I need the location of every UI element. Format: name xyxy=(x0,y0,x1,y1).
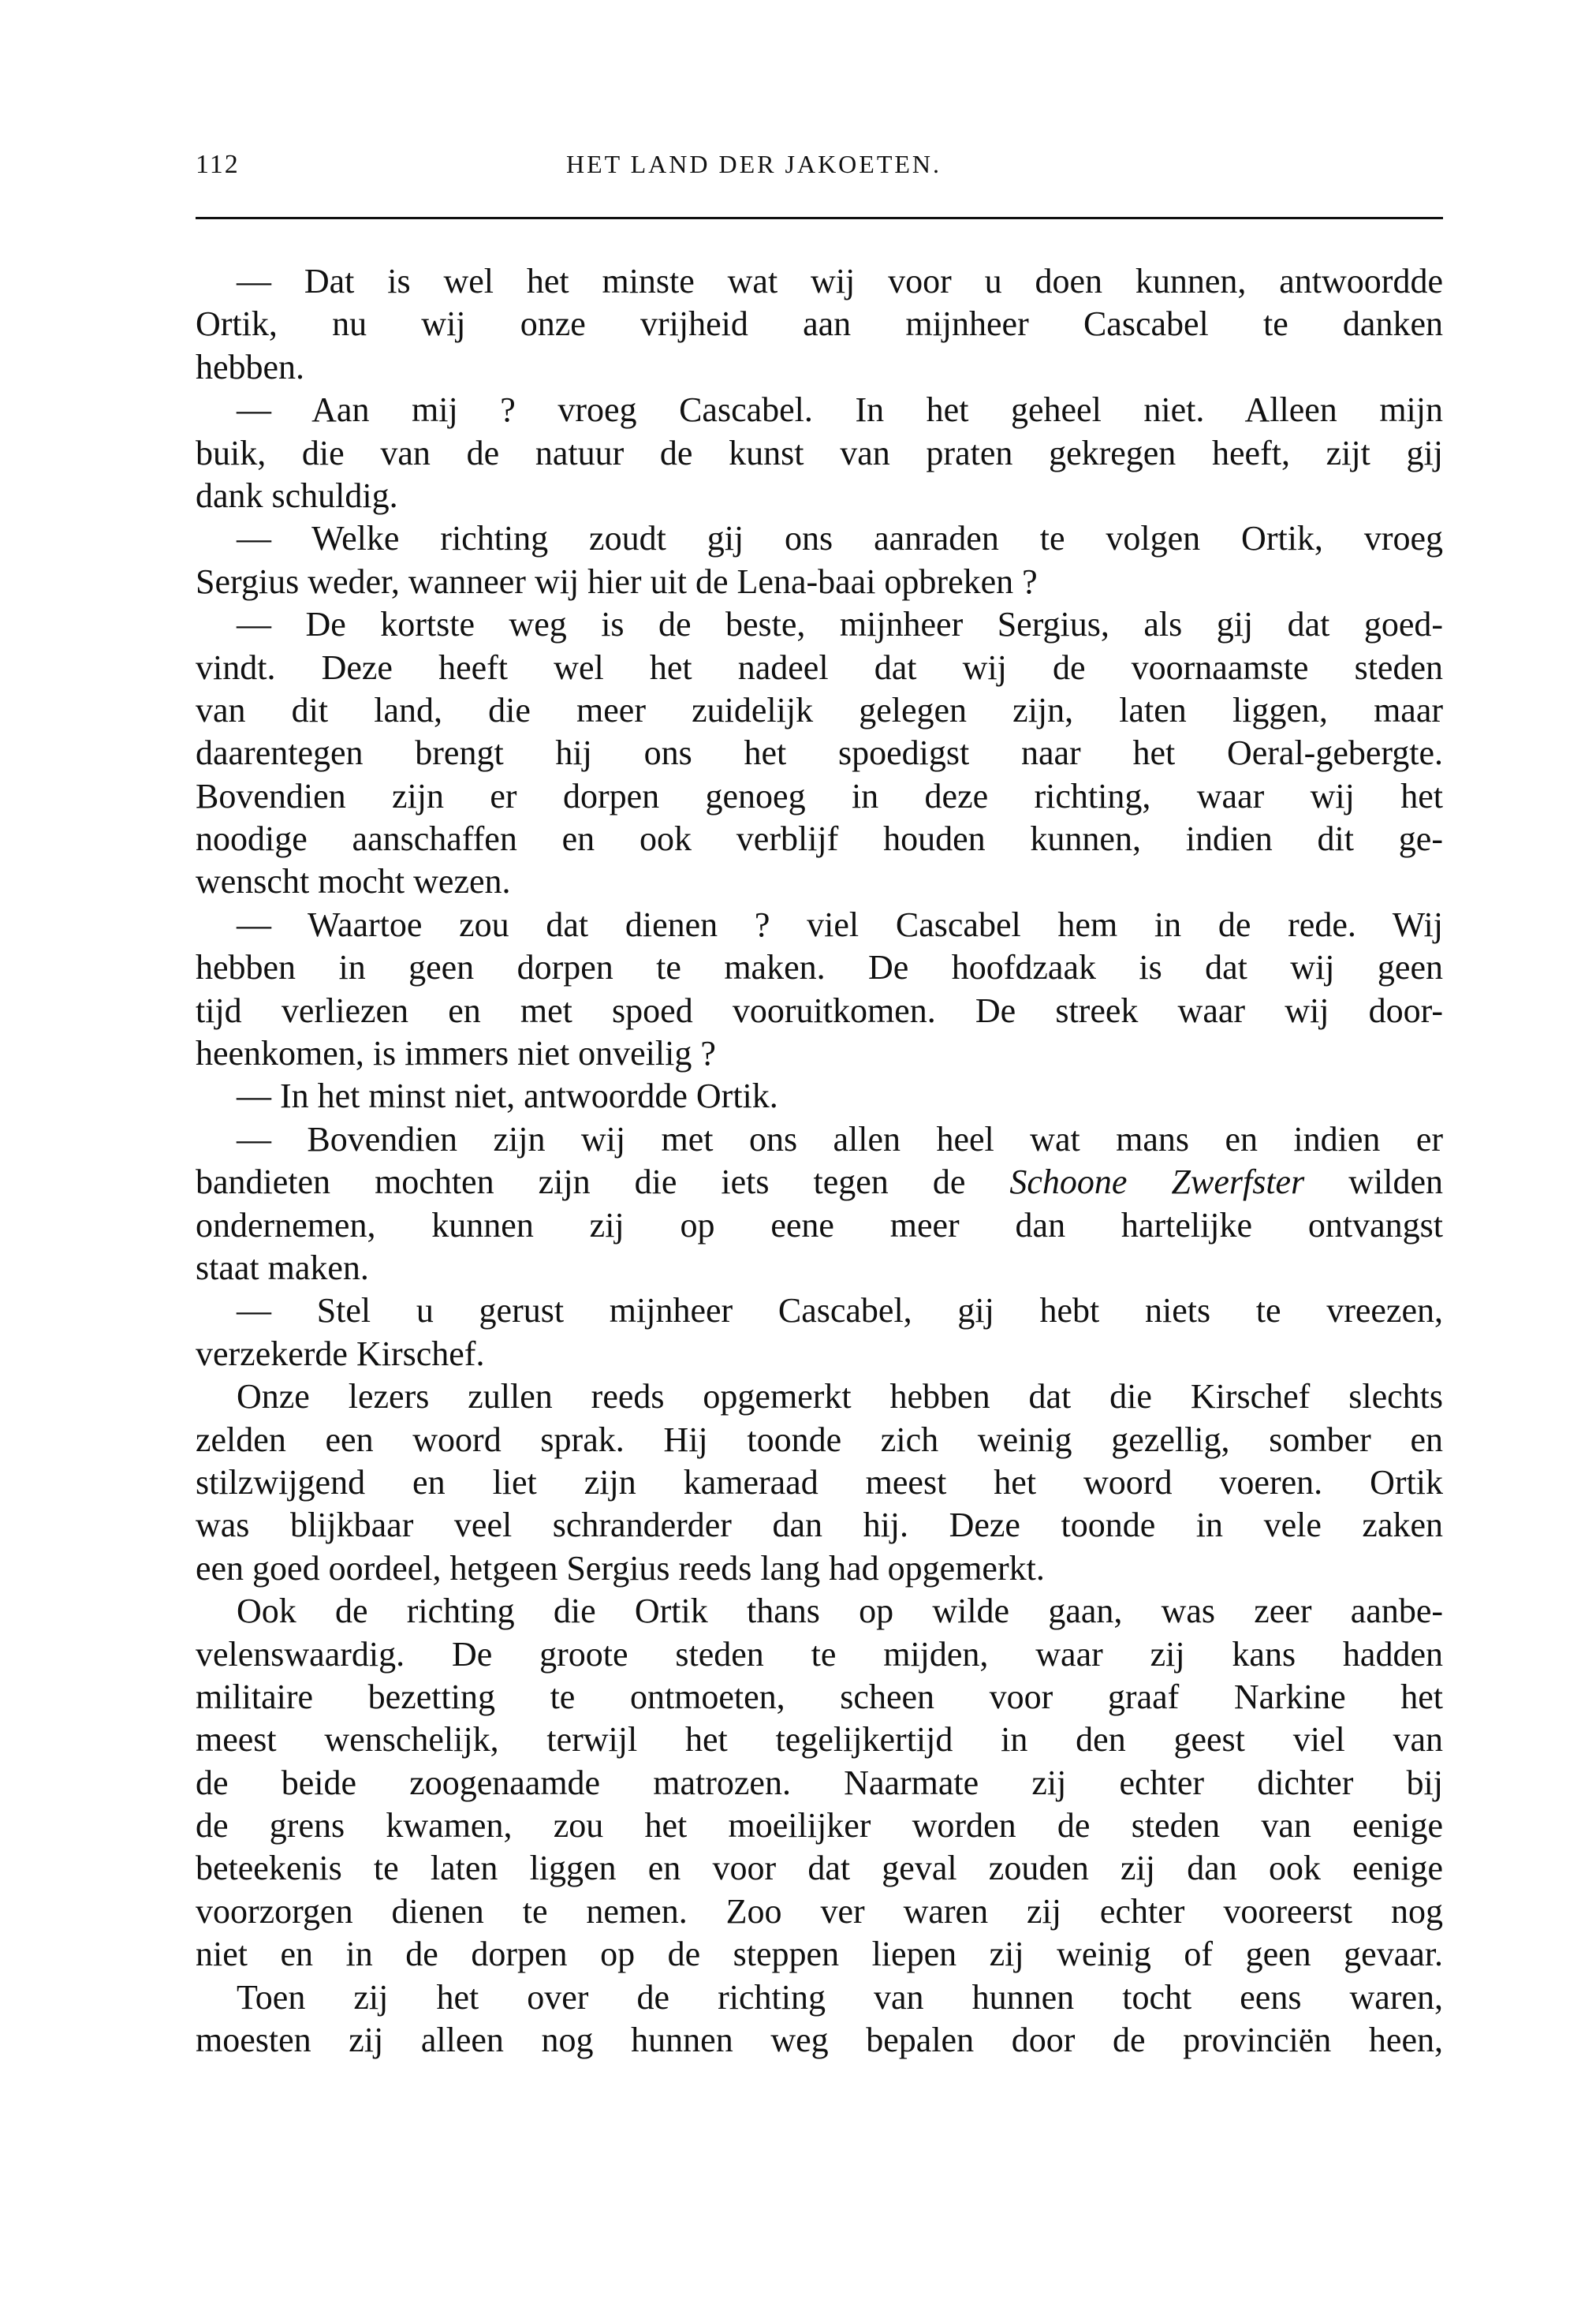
text-fragment: wilden xyxy=(1304,1163,1443,1201)
text-line: — Dat is wel het minste wat wij voor u d… xyxy=(196,260,1443,303)
page-number: 112 xyxy=(196,150,240,180)
text-line: staat maken. xyxy=(196,1247,1443,1289)
running-title: HET LAND DER JAKOETEN. xyxy=(566,150,942,179)
text-line: Ortik, nu wij onze vrijheid aan mijnheer… xyxy=(196,303,1443,345)
text-line: stilzwijgend en liet zijn kameraad meest… xyxy=(196,1461,1443,1504)
text-line: — Welke richting zoudt gij ons aanraden … xyxy=(196,517,1443,560)
text-line: buik, die van de natuur de kunst van pra… xyxy=(196,432,1443,475)
text-line: de beide zoogenaamde matrozen. Naarmate … xyxy=(196,1762,1443,1804)
text-line: verzekerde Kirschef. xyxy=(196,1333,1443,1375)
text-line: heenkomen, is immers niet onveilig ? xyxy=(196,1032,1443,1075)
text-line: Ook de richting die Ortik thans op wilde… xyxy=(196,1590,1443,1633)
text-line: hebben in geen dorpen te maken. De hoofd… xyxy=(196,946,1443,989)
text-line: Bovendien zijn er dorpen genoeg in deze … xyxy=(196,775,1443,818)
text-line: — De kortste weg is de beste, mijnheer S… xyxy=(196,603,1443,646)
text-line: Toen zij het over de richting van hunnen… xyxy=(196,1976,1443,2019)
header-rule xyxy=(196,217,1443,219)
text-line: meest wenschelijk, terwijl het tegelijke… xyxy=(196,1719,1443,1761)
text-line: was blijkbaar veel schranderder dan hij.… xyxy=(196,1504,1443,1547)
text-line: — Aan mij ? vroeg Cascabel. In het gehee… xyxy=(196,389,1443,431)
body-text: — Dat is wel het minste wat wij voor u d… xyxy=(196,260,1443,2062)
text-line: moesten zij alleen nog hunnen weg bepale… xyxy=(196,2019,1443,2062)
text-line: de grens kwamen, zou het moeilijker word… xyxy=(196,1804,1443,1847)
text-fragment: bandieten mochten zijn die iets tegen de xyxy=(196,1163,1009,1201)
text-line: noodige aanschaffen en ook verblijf houd… xyxy=(196,818,1443,860)
text-line: dank schuldig. xyxy=(196,475,1443,517)
text-line: beteekenis te laten liggen en voor dat g… xyxy=(196,1847,1443,1890)
text-line: — Bovendien zijn wij met ons allen heel … xyxy=(196,1118,1443,1161)
book-page: 112 HET LAND DER JAKOETEN. — Dat is wel … xyxy=(0,0,1596,2299)
text-line: hebben. xyxy=(196,346,1443,389)
text-line: daarentegen brengt hij ons het spoedigst… xyxy=(196,732,1443,774)
text-line: van dit land, die meer zuidelijk gelegen… xyxy=(196,689,1443,732)
text-line: niet en in de dorpen op de steppen liepe… xyxy=(196,1933,1443,1976)
text-line: vindt. Deze heeft wel het nadeel dat wij… xyxy=(196,647,1443,689)
text-line: Onze lezers zullen reeds opgemerkt hebbe… xyxy=(196,1375,1443,1418)
text-line: ondernemen, kunnen zij op eene meer dan … xyxy=(196,1204,1443,1247)
text-line: Sergius weder, wanneer wij hier uit de L… xyxy=(196,561,1443,603)
text-line: velenswaardig. De groote steden te mijde… xyxy=(196,1633,1443,1676)
text-line: voorzorgen dienen te nemen. Zoo ver ware… xyxy=(196,1890,1443,1933)
text-line: bandieten mochten zijn die iets tegen de… xyxy=(196,1161,1443,1204)
text-line: — In het minst niet, antwoordde Ortik. xyxy=(196,1075,1443,1118)
page-header: 112 HET LAND DER JAKOETEN. xyxy=(196,150,1443,189)
text-line: — Waartoe zou dat dienen ? viel Cascabel… xyxy=(196,904,1443,946)
text-line: wenscht mocht wezen. xyxy=(196,860,1443,903)
text-line: een goed oordeel, hetgeen Sergius reeds … xyxy=(196,1547,1443,1590)
text-line: tijd verliezen en met spoed vooruitkomen… xyxy=(196,990,1443,1032)
text-line: zelden een woord sprak. Hij toonde zich … xyxy=(196,1419,1443,1461)
ship-name-italic: Schoone Zwerfster xyxy=(1009,1163,1304,1201)
text-line: — Stel u gerust mijnheer Cascabel, gij h… xyxy=(196,1289,1443,1332)
text-line: militaire bezetting te ontmoeten, scheen… xyxy=(196,1676,1443,1719)
